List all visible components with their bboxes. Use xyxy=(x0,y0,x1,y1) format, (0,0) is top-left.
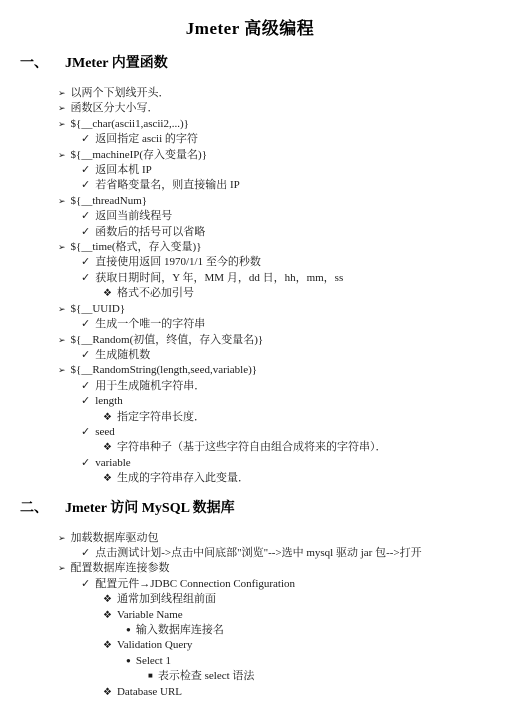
list-item: ❖Variable Name xyxy=(20,608,480,623)
list-item-text: ${__threadNum} xyxy=(71,195,148,207)
list-item-text: 通常加到线程组前面 xyxy=(117,593,216,605)
section-items: ➢加载数据库驱动包 ✓点击测试计划->点击中间底部"浏览"-->选中 mysql… xyxy=(20,531,480,700)
section-number: 一、 xyxy=(20,55,65,72)
list-item: ✓获取日期时间，Y 年，MM 月，dd 日，hh，mm，ss xyxy=(20,271,480,286)
bullet-icon: ✓ xyxy=(81,577,90,592)
section-heading: 二、Jmeter 访问 MySQL 数据库 xyxy=(20,500,480,517)
list-item-text: 若省略变量名，则直接输出 IP xyxy=(95,179,240,191)
list-item-text: 函数后的括号可以省略 xyxy=(95,226,205,238)
list-item-text: 返回本机 IP xyxy=(95,164,152,176)
list-item: ➢${__char(ascii1,ascii2,...)} xyxy=(20,117,480,132)
bullet-icon: ➢ xyxy=(58,101,66,116)
list-item: ❖通常加到线程组前面 xyxy=(20,592,480,607)
bullet-icon: ● xyxy=(126,653,131,668)
list-item: ❖Database URL xyxy=(20,685,480,700)
list-item-text: 返回当前线程号 xyxy=(95,210,172,222)
document-section: 一、JMeter 内置函数 ➢以两个下划线开头． ➢函数区分大小写． ➢${__… xyxy=(20,55,480,487)
list-item: ✓返回本机 IP xyxy=(20,163,480,178)
bullet-icon: ➢ xyxy=(58,531,66,546)
bullet-icon: ❖ xyxy=(103,410,112,425)
bullet-icon: ➢ xyxy=(58,333,66,348)
document-page: Jmeter 高级编程 一、JMeter 内置函数 ➢以两个下划线开头． ➢函数… xyxy=(0,0,509,721)
section-title: Jmeter 访问 MySQL 数据库 xyxy=(65,501,235,516)
bullet-icon: ➢ xyxy=(58,148,66,163)
bullet-icon: ✓ xyxy=(81,255,90,270)
list-item-text: seed xyxy=(95,426,115,438)
bullet-icon: ❖ xyxy=(103,440,112,455)
bullet-icon: ✓ xyxy=(81,456,90,471)
list-item-text: 加载数据库驱动包 xyxy=(71,532,159,544)
list-item: ➢函数区分大小写． xyxy=(20,101,480,116)
list-item-text: ${__Random(初值，终值，存入变量名)} xyxy=(71,334,264,346)
bullet-icon: ✓ xyxy=(81,132,90,147)
bullet-icon: ❖ xyxy=(103,685,112,700)
list-item: ●输入数据库连接名 xyxy=(20,623,480,638)
bullet-icon: ✓ xyxy=(81,163,90,178)
bullet-icon: ✓ xyxy=(81,425,90,440)
list-item-text: 表示检查 select 语法 xyxy=(158,670,255,682)
bullet-icon: ➢ xyxy=(58,194,66,209)
bullet-icon: ➢ xyxy=(58,561,66,576)
bullet-icon: ✓ xyxy=(81,271,90,286)
list-item-text: 配置元件→JDBC Connection Configuration xyxy=(95,578,295,590)
list-item: ✓返回当前线程号 xyxy=(20,209,480,224)
list-item-text: Variable Name xyxy=(117,609,183,621)
list-item: ❖Validation Query xyxy=(20,638,480,653)
list-item: ✓配置元件→JDBC Connection Configuration xyxy=(20,577,480,592)
bullet-icon: ➢ xyxy=(58,363,66,378)
document-body: 一、JMeter 内置函数 ➢以两个下划线开头． ➢函数区分大小写． ➢${__… xyxy=(20,55,480,700)
bullet-icon: ✓ xyxy=(81,394,90,409)
bullet-icon: ✓ xyxy=(81,317,90,332)
list-item-text: 点击测试计划->点击中间底部"浏览"-->选中 mysql 驱动 jar 包--… xyxy=(95,547,421,559)
bullet-icon: ● xyxy=(126,622,131,637)
list-item-text: ${__UUID} xyxy=(71,303,126,315)
list-item: ❖指定字符串长度． xyxy=(20,410,480,425)
list-item: ✓生成一个唯一的字符串 xyxy=(20,317,480,332)
bullet-icon: ✓ xyxy=(81,178,90,193)
list-item-text: Select 1 xyxy=(136,655,171,667)
list-item: ➢${__machineIP(存入变量名)} xyxy=(20,148,480,163)
document-title: Jmeter 高级编程 xyxy=(20,16,480,42)
list-item: ➢加载数据库驱动包 xyxy=(20,531,480,546)
list-item-text: Validation Query xyxy=(117,639,192,651)
section-heading: 一、JMeter 内置函数 xyxy=(20,55,480,72)
list-item: ✓length xyxy=(20,394,480,409)
list-item: ❖生成的字符串存入此变量． xyxy=(20,471,480,486)
list-item-text: length xyxy=(95,395,123,407)
list-item: ✓用于生成随机字符串． xyxy=(20,379,480,394)
list-item-text: ${__RandomString(length,seed,variable)} xyxy=(71,364,258,376)
bullet-icon: ❖ xyxy=(103,638,112,653)
list-item-text: 获取日期时间，Y 年，MM 月，dd 日，hh，mm，ss xyxy=(95,272,343,284)
bullet-icon: ❖ xyxy=(103,471,112,486)
list-item-text: Database URL xyxy=(117,686,182,698)
list-item-text: 直接使用返回 1970/1/1 至今的秒数 xyxy=(95,256,261,268)
list-item-text: ${__time(格式，存入变量)} xyxy=(71,241,202,253)
bullet-icon: ✓ xyxy=(81,225,90,240)
list-item: ➢${__threadNum} xyxy=(20,194,480,209)
list-item: ✓点击测试计划->点击中间底部"浏览"-->选中 mysql 驱动 jar 包-… xyxy=(20,546,480,561)
bullet-icon: ❖ xyxy=(103,592,112,607)
list-item: ➢以两个下划线开头． xyxy=(20,86,480,101)
bullet-icon: ✓ xyxy=(81,348,90,363)
bullet-icon: ■ xyxy=(148,668,153,683)
bullet-icon: ❖ xyxy=(103,286,112,301)
list-item-text: variable xyxy=(95,457,130,469)
list-item-text: 用于生成随机字符串． xyxy=(95,380,205,392)
list-item-text: 格式不必加引号 xyxy=(117,287,194,299)
list-item: ➢${__RandomString(length,seed,variable)} xyxy=(20,363,480,378)
list-item: ■表示检查 select 语法 xyxy=(20,669,480,684)
bullet-icon: ➢ xyxy=(58,117,66,132)
bullet-icon: ❖ xyxy=(103,608,112,623)
list-item-text: 生成随机数 xyxy=(95,349,150,361)
list-item: ✓若省略变量名，则直接输出 IP xyxy=(20,178,480,193)
list-item: ✓seed xyxy=(20,425,480,440)
list-item: ❖字符串种子（基于这些字符自由组合成将来的字符串）． xyxy=(20,440,480,455)
section-title: JMeter 内置函数 xyxy=(65,56,168,71)
section-items: ➢以两个下划线开头． ➢函数区分大小写． ➢${__char(ascii1,as… xyxy=(20,86,480,487)
list-item-text: 配置数据库连接参数 xyxy=(71,562,170,574)
list-item-text: 函数区分大小写． xyxy=(71,102,159,114)
list-item-text: 返回指定 ascii 的字符 xyxy=(95,133,198,145)
list-item: ✓直接使用返回 1970/1/1 至今的秒数 xyxy=(20,255,480,270)
bullet-icon: ➢ xyxy=(58,86,66,101)
list-item-text: 以两个下划线开头． xyxy=(71,87,170,99)
list-item: ✓生成随机数 xyxy=(20,348,480,363)
bullet-icon: ✓ xyxy=(81,209,90,224)
list-item: ✓variable xyxy=(20,456,480,471)
list-item-text: 指定字符串长度． xyxy=(117,411,205,423)
list-item-text: 字符串种子（基于这些字符自由组合成将来的字符串）． xyxy=(117,441,387,453)
list-item: ✓函数后的括号可以省略 xyxy=(20,225,480,240)
list-item: ●Select 1 xyxy=(20,654,480,669)
list-item: ➢配置数据库连接参数 xyxy=(20,561,480,576)
list-item-text: 生成一个唯一的字符串 xyxy=(95,318,205,330)
bullet-icon: ➢ xyxy=(58,302,66,317)
list-item-text: ${__char(ascii1,ascii2,...)} xyxy=(71,118,189,130)
list-item-text: 生成的字符串存入此变量． xyxy=(117,472,249,484)
list-item: ❖格式不必加引号 xyxy=(20,286,480,301)
bullet-icon: ✓ xyxy=(81,546,90,561)
list-item: ➢${__Random(初值，终值，存入变量名)} xyxy=(20,333,480,348)
list-item-text: 输入数据库连接名 xyxy=(136,624,224,636)
document-section: 二、Jmeter 访问 MySQL 数据库 ➢加载数据库驱动包 ✓点击测试计划-… xyxy=(20,500,480,700)
bullet-icon: ➢ xyxy=(58,240,66,255)
list-item: ➢${__time(格式，存入变量)} xyxy=(20,240,480,255)
bullet-icon: ✓ xyxy=(81,379,90,394)
list-item: ✓返回指定 ascii 的字符 xyxy=(20,132,480,147)
section-number: 二、 xyxy=(20,500,65,517)
list-item: ➢${__UUID} xyxy=(20,302,480,317)
list-item-text: ${__machineIP(存入变量名)} xyxy=(71,149,207,161)
